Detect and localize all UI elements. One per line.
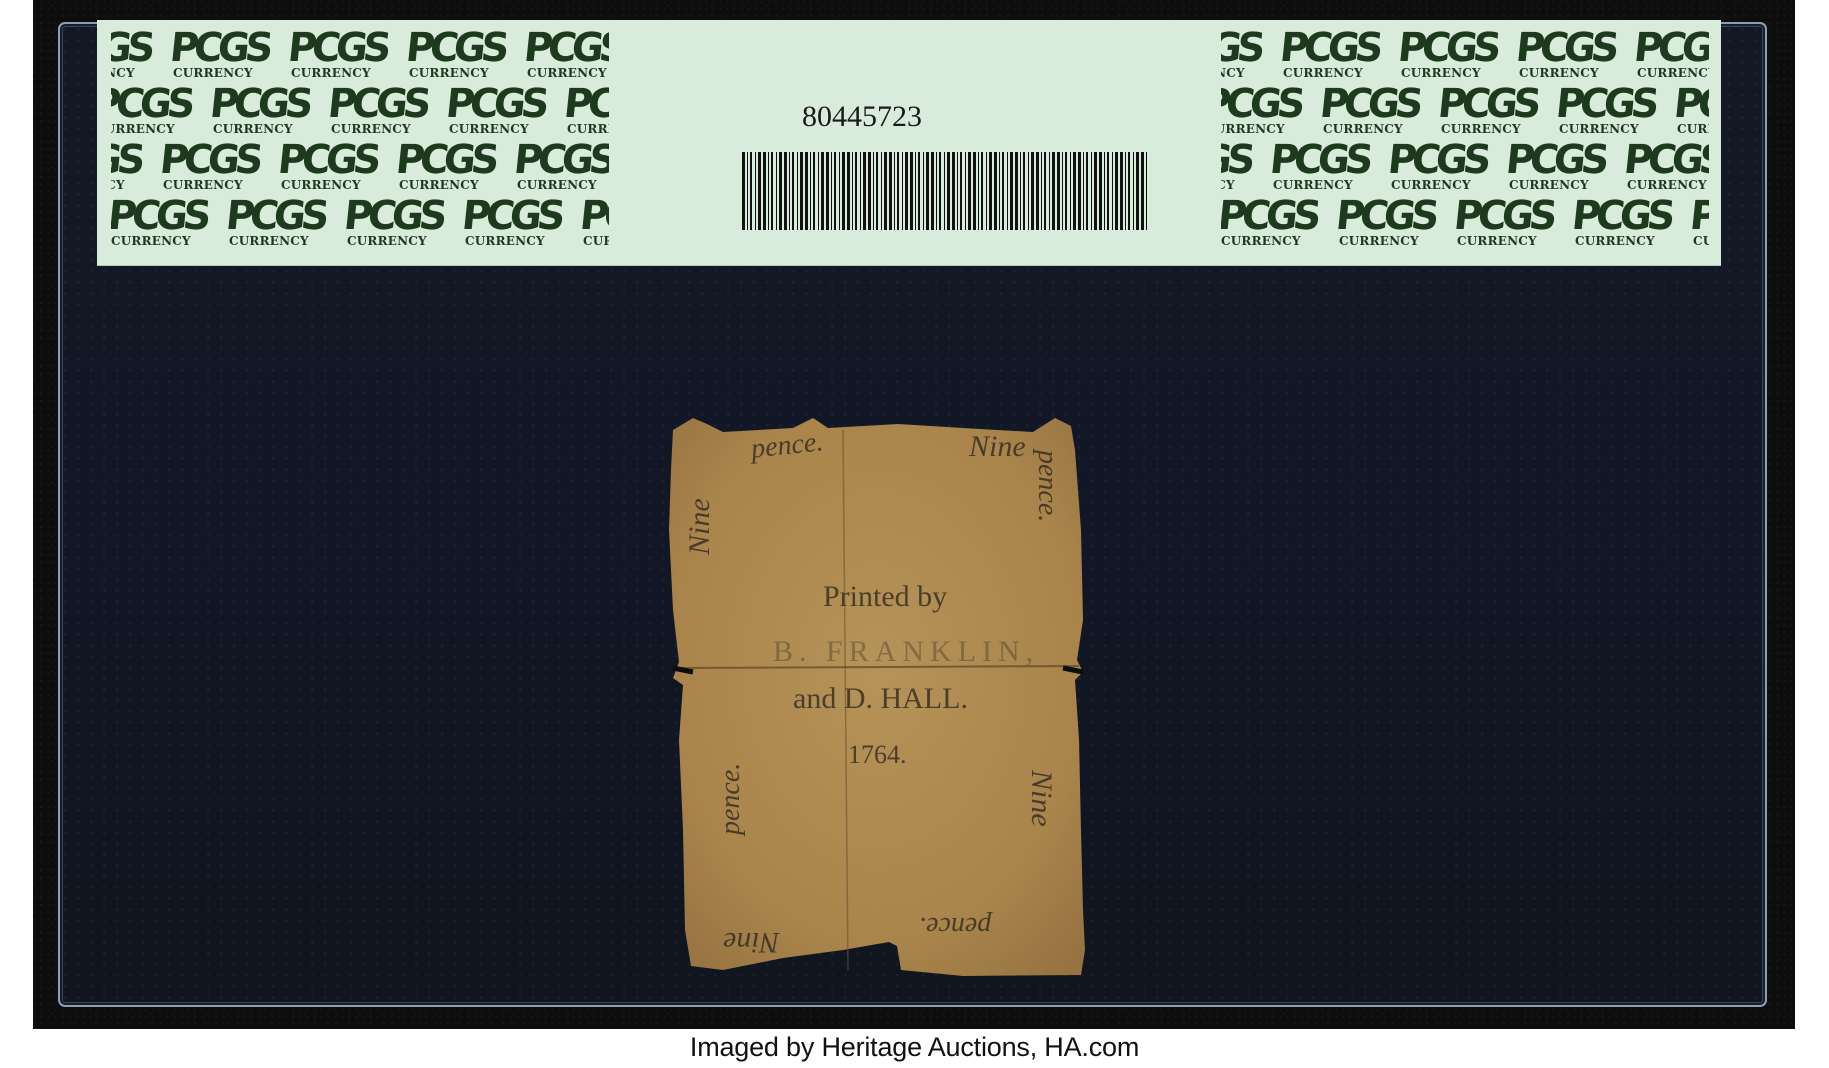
note-text-nine: Nine xyxy=(1024,770,1058,827)
pcgs-logo-icon: PCGSCURRENCY xyxy=(209,84,317,140)
pcgs-logo-pattern-right: PCGSCURRENCYPCGSCURRENCYPCGSCURRENCYPCGS… xyxy=(1221,28,1709,260)
pcgs-logo-icon: PCGSCURRENCY xyxy=(1221,28,1269,84)
pcgs-logo-icon: PCGSCURRENCY xyxy=(1221,84,1309,140)
pcgs-logo-icon: PCGSCURRENCY xyxy=(343,196,451,252)
colonial-note: pence. Nine Nine pence. Printed by B. FR… xyxy=(663,410,1093,982)
pcgs-logo-icon: PCGSCURRENCY xyxy=(579,196,609,252)
pcgs-logo-icon: PCGSCURRENCY xyxy=(1633,28,1709,84)
note-text-pence: pence. xyxy=(715,763,747,835)
pcgs-logo-icon: PCGSCURRENCY xyxy=(1269,140,1377,196)
pcgs-logo-icon: PCGSCURRENCY xyxy=(513,140,609,196)
imprint-hall: and D. HALL. xyxy=(793,682,968,716)
imprint-franklin: B. FRANKLIN, xyxy=(773,635,1039,669)
pcgs-logo-icon: PCGSCURRENCY xyxy=(287,28,395,84)
pattern-row: PCGSCURRENCYPCGSCURRENCYPCGSCURRENCYPCGS… xyxy=(1221,28,1709,84)
pcgs-logo-icon: PCGSCURRENCY xyxy=(1555,84,1663,140)
pcgs-logo-icon: PCGSCURRENCY xyxy=(405,28,513,84)
pcgs-logo-icon: PCGSCURRENCY xyxy=(1319,84,1427,140)
pcgs-logo-icon: PCGSCURRENCY xyxy=(1437,84,1545,140)
pcgs-logo-icon: PCGSCURRENCY xyxy=(327,84,435,140)
pcgs-logo-icon: PCGSCURRENCY xyxy=(563,84,609,140)
note-text-pence: pence. xyxy=(1031,450,1063,522)
pcgs-logo-icon: PCGSCURRENCY xyxy=(159,140,267,196)
imprint-printed-by: Printed by xyxy=(823,580,947,614)
pcgs-logo-icon: PCGSCURRENCY xyxy=(169,28,277,84)
pcgs-logo-icon: PCGSCURRENCY xyxy=(1279,28,1387,84)
pattern-row: PCGSCURRENCYPCGSCURRENCYPCGSCURRENCYPCGS… xyxy=(1221,84,1709,140)
pcgs-label: PCGSCURRENCYPCGSCURRENCYPCGSCURRENCYPCGS… xyxy=(97,20,1721,265)
pattern-row: PCGSCURRENCYPCGSCURRENCYPCGSCURRENCYPCGS… xyxy=(1221,196,1709,252)
pcgs-logo-icon: PCGSCURRENCY xyxy=(111,140,149,196)
photo-background: PCGSCURRENCYPCGSCURRENCYPCGSCURRENCYPCGS… xyxy=(33,0,1795,1029)
pcgs-logo-icon: PCGSCURRENCY xyxy=(1335,196,1443,252)
note-text-nine: Nine xyxy=(723,925,780,959)
imprint-year: 1764. xyxy=(848,740,907,770)
pcgs-logo-icon: PCGSCURRENCY xyxy=(1623,140,1709,196)
barcode-icon xyxy=(742,152,1147,230)
note-text-nine: Nine xyxy=(683,498,717,555)
pcgs-logo-icon: PCGSCURRENCY xyxy=(1387,140,1495,196)
pcgs-logo-icon: PCGSCURRENCY xyxy=(445,84,553,140)
pcgs-logo-pattern-left: PCGSCURRENCYPCGSCURRENCYPCGSCURRENCYPCGS… xyxy=(111,28,609,260)
pattern-row: PCGSCURRENCYPCGSCURRENCYPCGSCURRENCYPCGS… xyxy=(1221,140,1709,196)
pcgs-logo-icon: PCGSCURRENCY xyxy=(395,140,503,196)
image-credit-caption: Imaged by Heritage Auctions, HA.com xyxy=(0,1032,1829,1063)
pcgs-logo-icon: PCGSCURRENCY xyxy=(1571,196,1679,252)
pcgs-logo-icon: PCGSCURRENCY xyxy=(111,84,199,140)
note-text-pence: pence. xyxy=(919,910,991,942)
note-text-nine: Nine xyxy=(969,430,1026,464)
pcgs-logo-icon: PCGSCURRENCY xyxy=(225,196,333,252)
pcgs-logo-icon: PCGSCURRENCY xyxy=(1397,28,1505,84)
pcgs-logo-icon: PCGSCURRENCY xyxy=(111,28,159,84)
pattern-row: PCGSCURRENCYPCGSCURRENCYPCGSCURRENCYPCGS… xyxy=(111,140,609,196)
pcgs-logo-icon: PCGSCURRENCY xyxy=(277,140,385,196)
pcgs-logo-icon: PCGSCURRENCY xyxy=(1453,196,1561,252)
pattern-row: PCGSCURRENCYPCGSCURRENCYPCGSCURRENCYPCGS… xyxy=(111,28,609,84)
pcgs-logo-icon: PCGSCURRENCY xyxy=(523,28,609,84)
pcgs-logo-icon: PCGSCURRENCY xyxy=(1505,140,1613,196)
pcgs-logo-icon: PCGSCURRENCY xyxy=(1221,196,1325,252)
pcgs-logo-icon: PCGSCURRENCY xyxy=(1515,28,1623,84)
pcgs-logo-icon: PCGSCURRENCY xyxy=(461,196,569,252)
serial-number: 80445723 xyxy=(802,100,1002,134)
pattern-row: PCGSCURRENCYPCGSCURRENCYPCGSCURRENCYPCGS… xyxy=(111,196,609,252)
pattern-row: PCGSCURRENCYPCGSCURRENCYPCGSCURRENCYPCGS… xyxy=(111,84,609,140)
pcgs-logo-icon: PCGSCURRENCY xyxy=(111,196,215,252)
pcgs-logo-icon: PCGSCURRENCY xyxy=(1673,84,1709,140)
pcgs-logo-icon: PCGSCURRENCY xyxy=(1221,140,1259,196)
pcgs-logo-icon: PCGSCURRENCY xyxy=(1689,196,1709,252)
